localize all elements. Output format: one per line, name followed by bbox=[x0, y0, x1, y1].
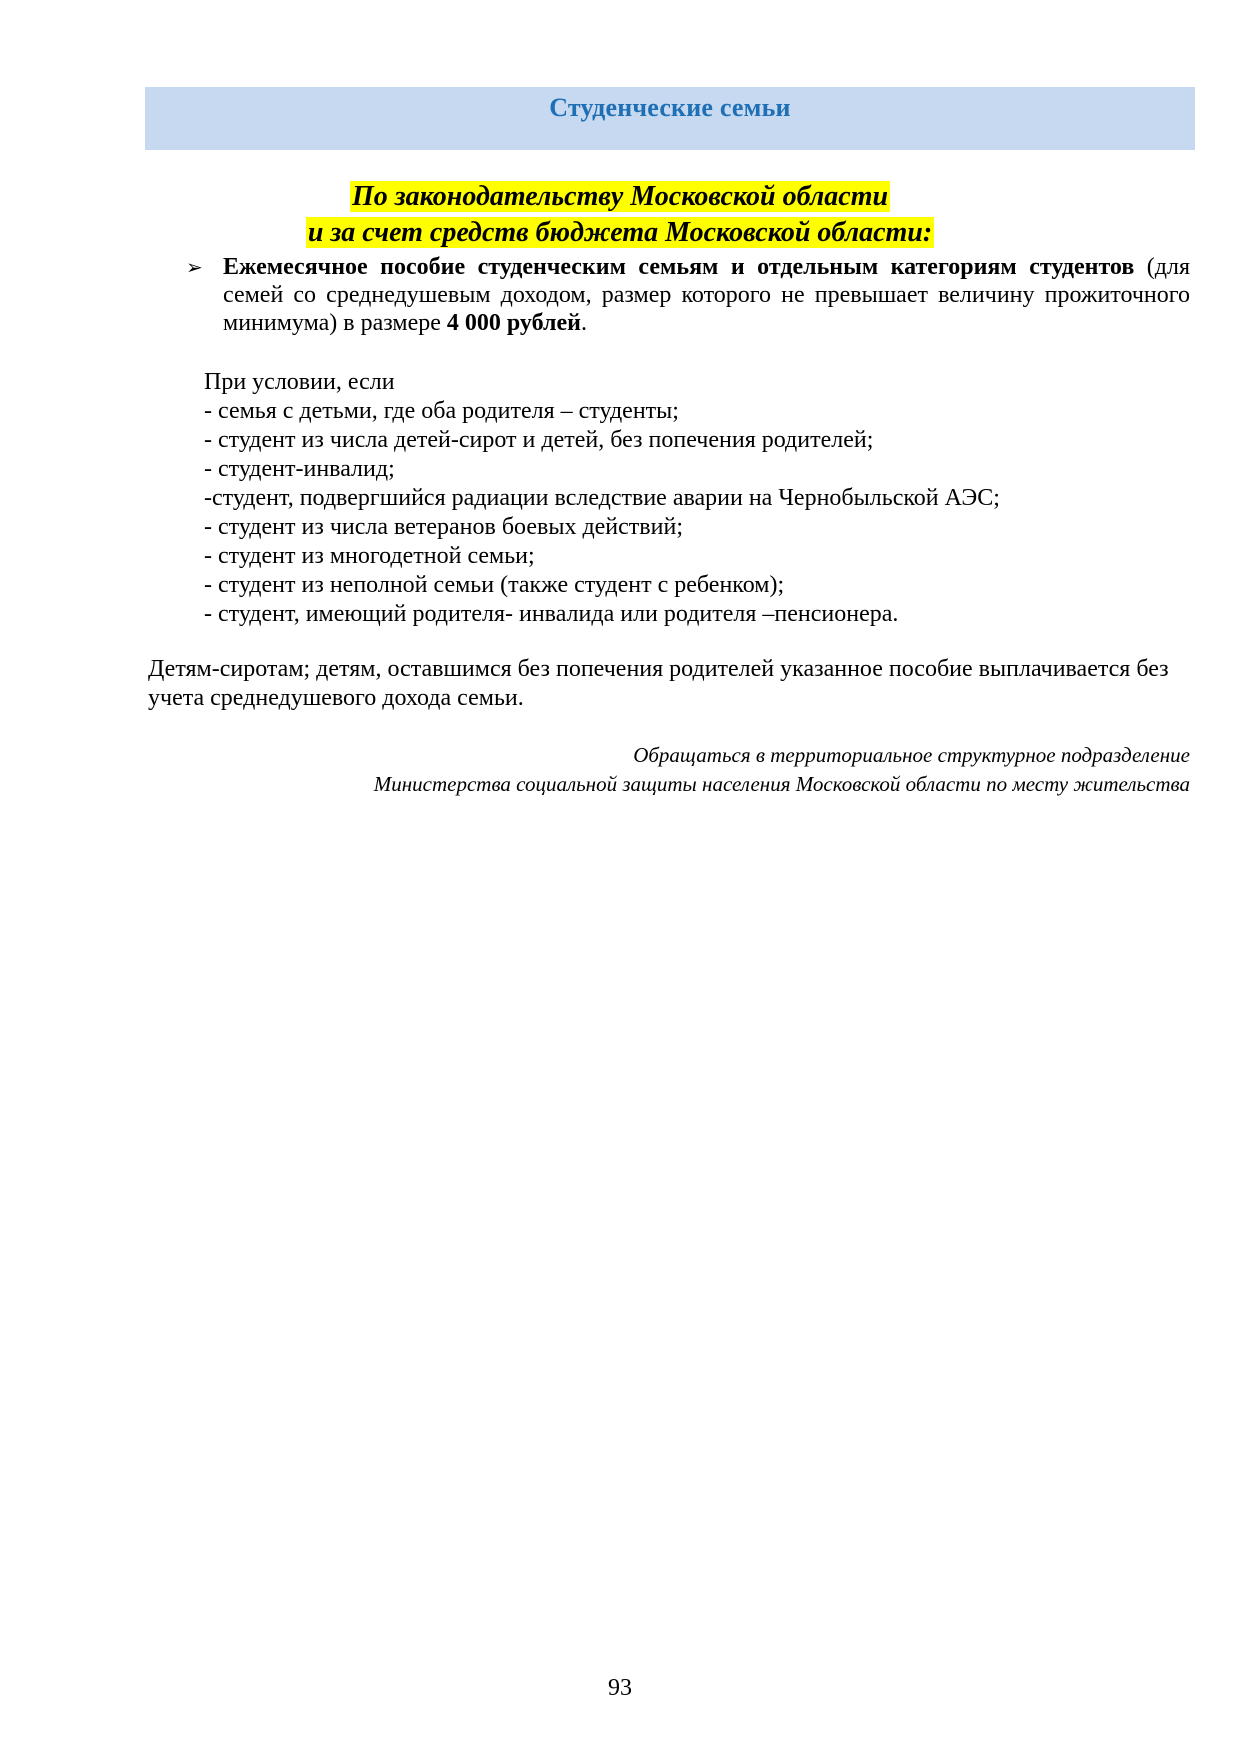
condition-item: - семья с детьми, где оба родителя – сту… bbox=[204, 397, 1000, 426]
conditions-intro: При условии, если bbox=[204, 368, 1000, 397]
condition-item: -студент, подвергшийся радиации вследств… bbox=[204, 484, 1000, 513]
condition-item: - студент из числа ветеранов боевых дейс… bbox=[204, 513, 1000, 542]
benefit-text: Ежемесячное пособие студенческим семьям … bbox=[223, 253, 1190, 337]
benefit-title: Ежемесячное пособие студенческим семьям … bbox=[223, 254, 1134, 280]
arrow-bullet-icon: ➢ bbox=[186, 255, 203, 280]
condition-item: - студент из многодетной семьи; bbox=[204, 542, 1000, 571]
subtitle-line-2-text: и за счет средств бюджета Московской обл… bbox=[306, 217, 934, 248]
condition-item: - студент, имеющий родителя- инвалида ил… bbox=[204, 600, 1000, 629]
orphans-note: Детям-сиротам; детям, оставшимся без поп… bbox=[148, 655, 1193, 713]
benefit-amount: 4 000 рублей bbox=[447, 310, 581, 336]
page-number: 93 bbox=[0, 1675, 1240, 1702]
subtitle-line-1: По законодательству Московской области bbox=[0, 179, 1240, 215]
contact-info: Обращаться в территориальное структурное… bbox=[374, 741, 1190, 799]
section-title: Студенческие семьи bbox=[145, 93, 1195, 123]
conditions-list: При условии, если - семья с детьми, где … bbox=[204, 368, 1000, 629]
condition-item: - студент из неполной семьи (также студе… bbox=[204, 571, 1000, 600]
subtitle-line-2: и за счет средств бюджета Московской обл… bbox=[0, 215, 1240, 251]
section-header-band: Студенческие семьи bbox=[145, 87, 1195, 150]
condition-item: - студент из числа детей-сирот и детей, … bbox=[204, 426, 1000, 455]
condition-item: - студент-инвалид; bbox=[204, 455, 1000, 484]
contact-line-1: Обращаться в территориальное структурное… bbox=[374, 741, 1190, 770]
benefit-end: . bbox=[581, 310, 587, 336]
contact-line-2: Министерства социальной защиты населения… bbox=[374, 770, 1190, 799]
subtitle-line-1-text: По законодательству Московской области bbox=[350, 181, 890, 212]
